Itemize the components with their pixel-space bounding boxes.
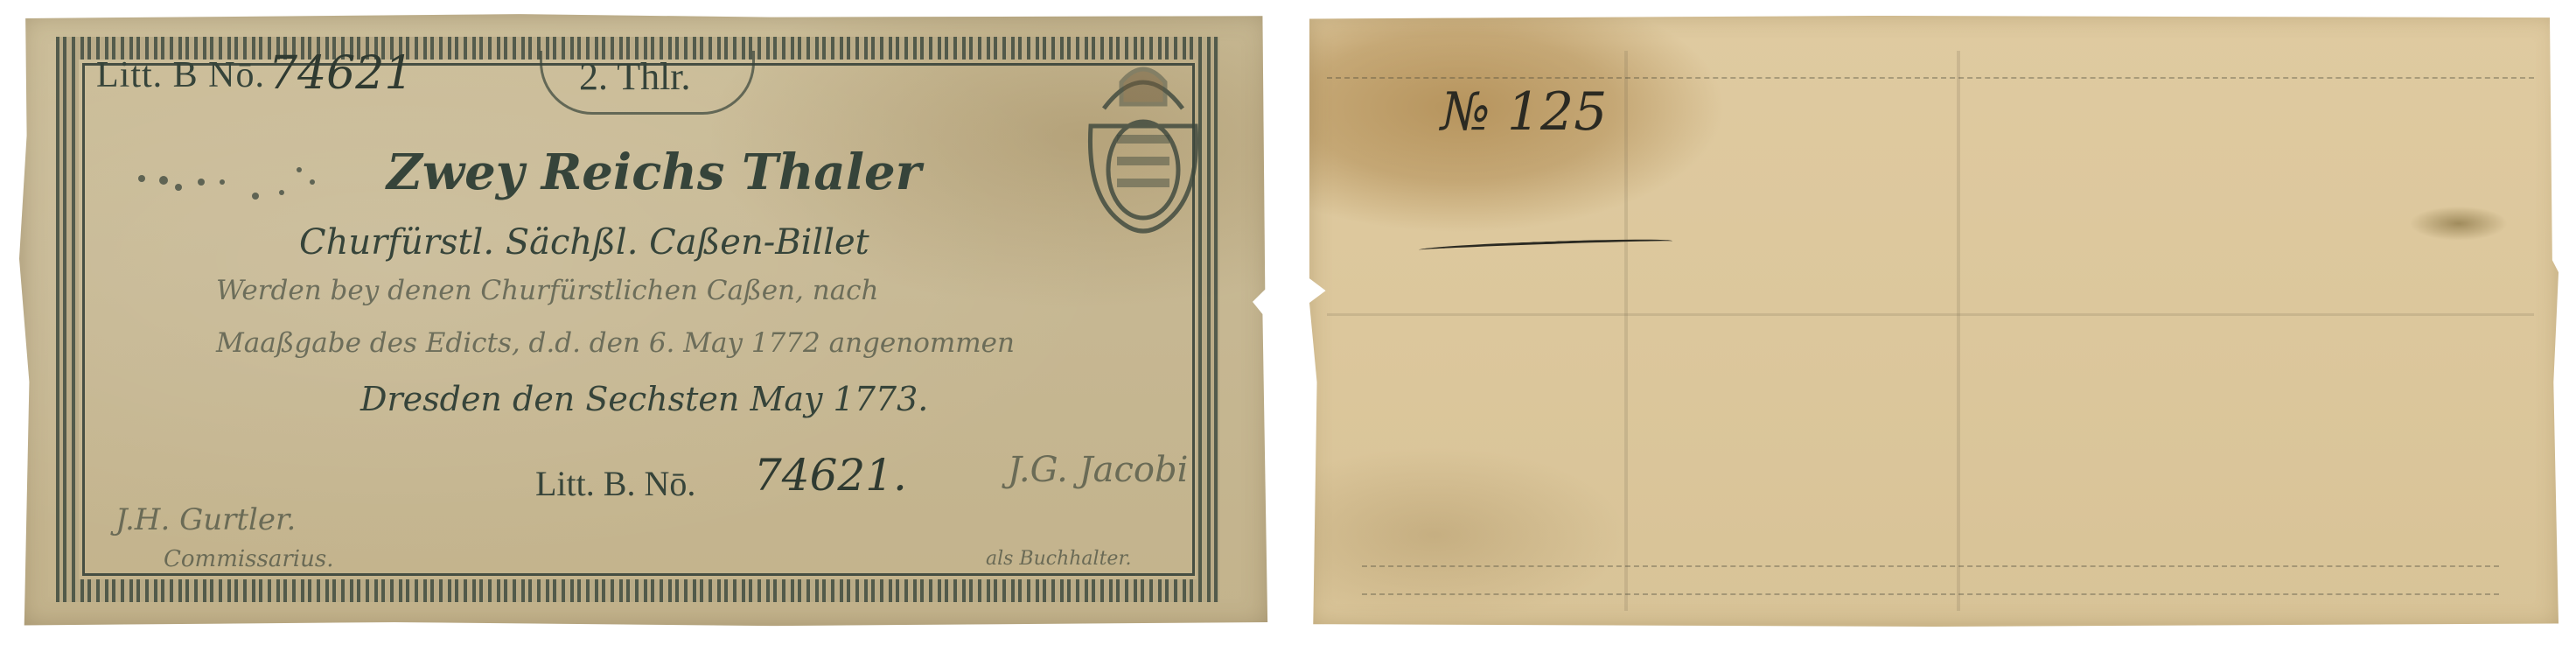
banknote-front: Litt. B Nō. 74621 2. Thlr. Zwey Reichs T… (19, 12, 1270, 628)
signature-left-title: Commissarius. (164, 546, 333, 572)
signature-right: J.G. Jacobi (1008, 450, 1188, 490)
denomination: 2. Thlr. (579, 54, 691, 99)
fold-line (1327, 313, 2534, 316)
show-through-border (1362, 593, 2499, 595)
annotation-underline (1419, 237, 1672, 254)
banknote-back: № 125 (1309, 16, 2559, 627)
ink-spatter (124, 161, 343, 214)
note-subtitle: Churfürstl. Sächßl. Caßen-Billet (299, 222, 869, 263)
fold-line (1624, 51, 1628, 611)
signature-left: J.H. Gurtler. (115, 502, 296, 537)
serial-label: Litt. B Nō. (96, 54, 265, 96)
coat-of-arms-icon (1069, 47, 1218, 249)
body-line-2: Maaßgabe des Edicts, d.d. den 6. May 177… (216, 327, 1015, 359)
show-through-border (1362, 565, 2499, 567)
body-line-1: Werden bey denen Churfürstlichen Caßen, … (216, 275, 879, 306)
signature-right-title: als Buchhalter. (986, 548, 1132, 570)
body-line-3-date: Dresden den Sechsten May 1773. (360, 380, 928, 418)
note-title: Zwey Reichs Thaler (387, 144, 921, 201)
serial-number: 74621 (269, 47, 413, 100)
serial-repeat-label: Litt. B. Nō. (535, 463, 695, 504)
handwritten-annotation: № 125 (1441, 81, 1607, 143)
show-through-border (1327, 77, 2534, 79)
fold-line (1957, 51, 1960, 611)
serial-repeat-number: 74621. (754, 450, 907, 501)
